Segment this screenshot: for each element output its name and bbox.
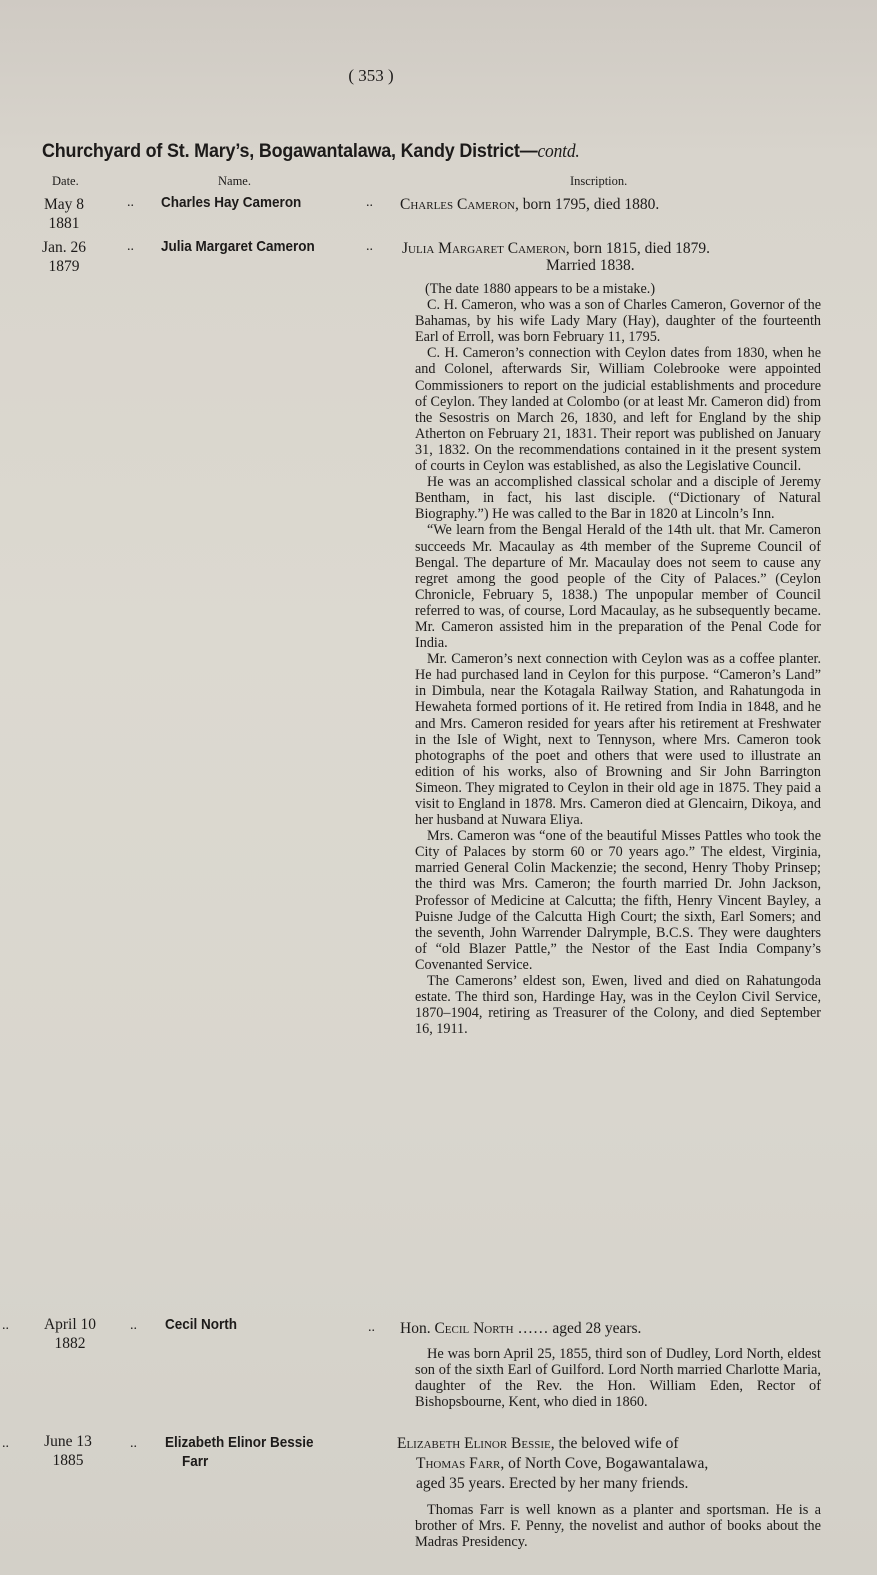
separator: .. xyxy=(130,1436,137,1452)
entry-notes: Thomas Farr is well known as a planter a… xyxy=(415,1502,821,1550)
title-suffix: contd. xyxy=(537,141,579,162)
note-paragraph: Mr. Cameron’s next connection with Ceylo… xyxy=(415,651,821,828)
separator: .. xyxy=(2,1436,9,1452)
entry-date: Jan. 26 1879 xyxy=(34,238,94,276)
entry-inscription: Hon. Cecil North …… aged 28 years. xyxy=(400,1320,641,1338)
note-paragraph: (The date 1880 appears to be a mistake.) xyxy=(415,281,821,297)
entry-date: June 13 1885 xyxy=(38,1432,98,1470)
entry-inscription: Elizabeth Elinor Bessie, the beloved wif… xyxy=(397,1435,679,1453)
inscription-prefix: Hon. xyxy=(400,1320,434,1337)
date-day: May 8 xyxy=(34,195,94,214)
note-paragraph: The Camerons’ eldest son, Ewen, lived an… xyxy=(415,973,821,1037)
note-paragraph: He was born April 25, 1855, third son of… xyxy=(415,1346,821,1410)
entry-notes: (The date 1880 appears to be a mistake.)… xyxy=(415,281,821,1037)
column-header-name: Name. xyxy=(218,174,251,189)
inscription-name: Julia Margaret Cameron xyxy=(402,240,566,257)
inscription-text: …… aged 28 years. xyxy=(514,1320,642,1337)
entry-date: April 10 1882 xyxy=(40,1315,100,1353)
separator: .. xyxy=(366,195,373,211)
entry-inscription: Julia Margaret Cameron, born 1815, died … xyxy=(402,240,710,258)
title-text: Churchyard of St. Mary’s, Bogawantalawa,… xyxy=(42,140,537,162)
note-paragraph: He was an accomplished classical scholar… xyxy=(415,474,821,522)
date-year: 1882 xyxy=(40,1334,100,1353)
entry-name-line2: Farr xyxy=(182,1452,208,1472)
inscription-text: , of North Cove, Bogawantalawa, xyxy=(500,1455,708,1472)
entry-name: Cecil North xyxy=(165,1315,237,1335)
page-title: Churchyard of St. Mary’s, Bogawantalawa,… xyxy=(42,140,580,163)
entry-name: Charles Hay Cameron xyxy=(161,193,301,213)
inscription-name: Charles Cameron xyxy=(400,196,515,213)
separator: .. xyxy=(130,1318,137,1334)
entry-name: Elizabeth Elinor Bessie xyxy=(165,1433,314,1453)
page-number: ( 353 ) xyxy=(0,66,742,86)
date-day: Jan. 26 xyxy=(34,238,94,257)
inscription-name: Elizabeth Elinor Bessie xyxy=(397,1435,551,1452)
entry-inscription: Charles Cameron, born 1795, died 1880. xyxy=(400,196,659,214)
date-day: April 10 xyxy=(40,1315,100,1334)
note-paragraph: C. H. Cameron’s connection with Ceylon d… xyxy=(415,345,821,474)
entry-notes: He was born April 25, 1855, third son of… xyxy=(415,1346,821,1410)
note-paragraph: Mrs. Cameron was “one of the beautiful M… xyxy=(415,828,821,973)
separator: .. xyxy=(127,239,134,255)
column-header-date: Date. xyxy=(52,174,79,189)
column-header-inscription: Inscription. xyxy=(570,174,627,189)
inscription-text: , born 1815, died 1879. xyxy=(566,240,710,257)
date-year: 1885 xyxy=(38,1451,98,1470)
entry-name: Julia Margaret Cameron xyxy=(161,237,315,257)
inscription-line: aged 35 years. Erected by her many frien… xyxy=(416,1475,688,1493)
date-year: 1881 xyxy=(34,214,94,233)
inscription-text: , the beloved wife of xyxy=(551,1435,679,1452)
separator: .. xyxy=(2,1318,9,1334)
note-paragraph: C. H. Cameron, who was a son of Charles … xyxy=(415,297,821,345)
inscription-name: Thomas Farr xyxy=(416,1455,500,1472)
date-day: June 13 xyxy=(38,1432,98,1451)
separator: .. xyxy=(127,195,134,211)
inscription-line: Married 1838. xyxy=(546,257,635,275)
inscription-line: Thomas Farr, of North Cove, Bogawantalaw… xyxy=(416,1455,708,1473)
note-paragraph: Thomas Farr is well known as a planter a… xyxy=(415,1502,821,1550)
date-year: 1879 xyxy=(34,257,94,276)
separator: .. xyxy=(368,1320,375,1336)
inscription-name: Cecil North xyxy=(434,1320,513,1337)
note-paragraph: “We learn from the Bengal Herald of the … xyxy=(415,522,821,651)
inscription-text: , born 1795, died 1880. xyxy=(515,196,659,213)
separator: .. xyxy=(366,239,373,255)
entry-date: May 8 1881 xyxy=(34,195,94,233)
